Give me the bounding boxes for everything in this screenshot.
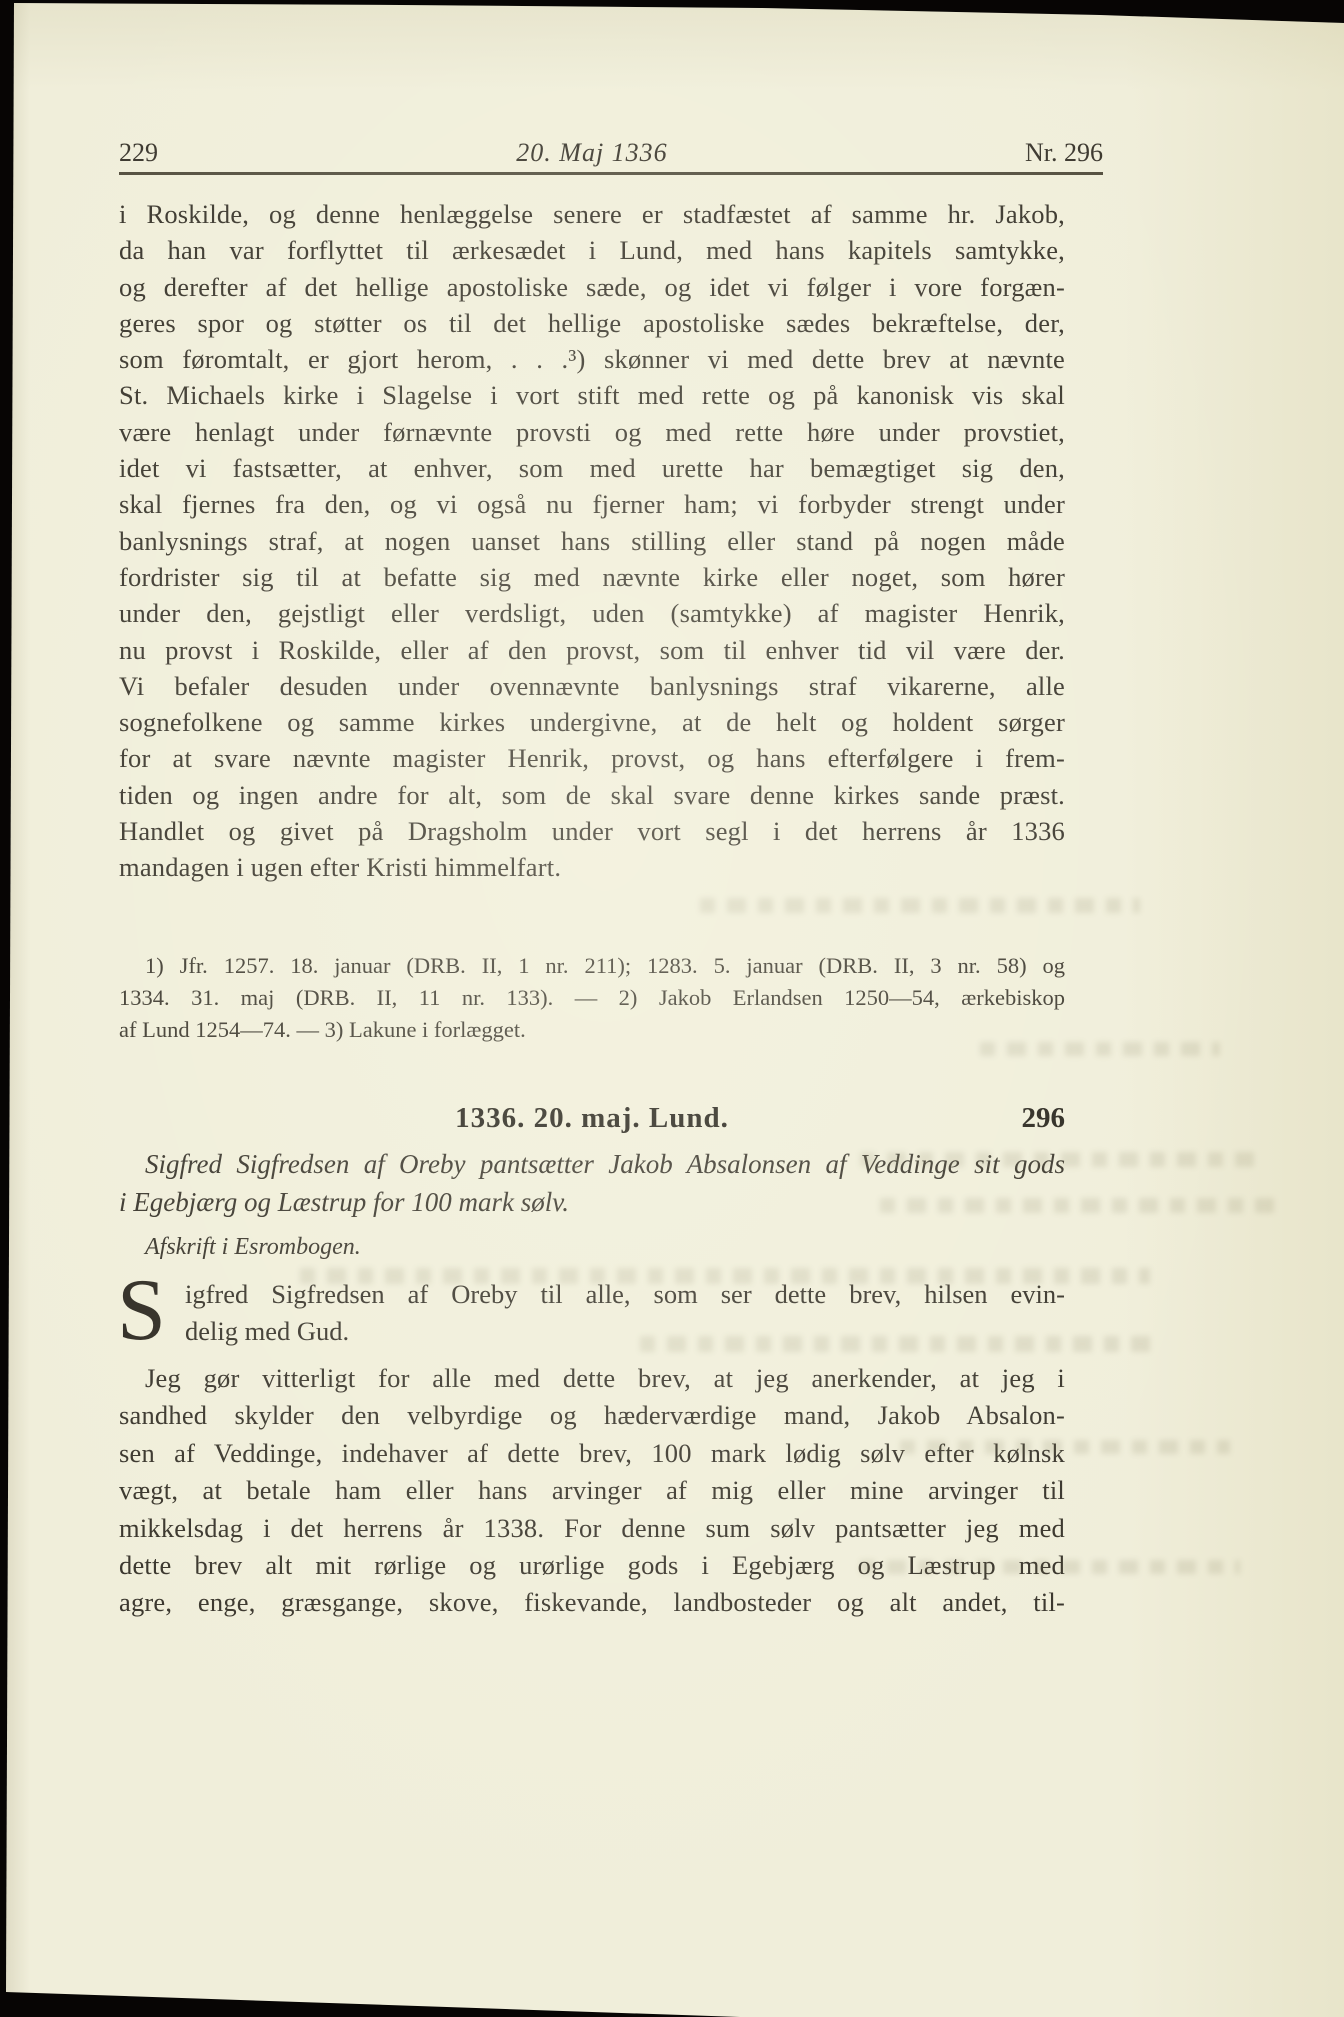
- text-line: sognefolkene og samme kirkes undergivne,…: [119, 704, 1065, 740]
- text-line: sandhed skylder den velbyrdige og hæderv…: [119, 1397, 1065, 1434]
- entry-296-source-note: Afskrift i Esrombogen.: [119, 1232, 1065, 1262]
- entry-296-opening: S igfred Sigfredsen af Oreby til alle, s…: [119, 1276, 1065, 1350]
- text-line: i Egebjærg og Læstrup for 100 mark sølv.: [119, 1184, 1065, 1222]
- text-line: Sigfred Sigfredsen af Oreby pantsætter J…: [119, 1146, 1065, 1184]
- text-line: Handlet og givet på Dragsholm under vort…: [119, 813, 1065, 849]
- text-line: idet vi fastsætter, at enhver, som med u…: [119, 450, 1065, 486]
- text-line: som føromtalt, er gjort herom, . . .³) s…: [119, 341, 1065, 377]
- entry-296-summary: Sigfred Sigfredsen af Oreby pantsætter J…: [119, 1146, 1065, 1221]
- text-line: Jeg gør vitterligt for alle med dette br…: [119, 1360, 1065, 1397]
- text-line: vægt, at betale ham eller hans arvinger …: [119, 1472, 1065, 1509]
- dropcap-letter: S: [117, 1272, 166, 1350]
- entry-reference: Nr. 296: [1025, 136, 1103, 170]
- text-line: da han var forflyttet til ærkesædet i Lu…: [119, 232, 1065, 268]
- text-line: tiden og ingen andre for alt, som de ska…: [119, 777, 1065, 813]
- text-line: skal fjernes fra den, og vi også nu fjer…: [119, 486, 1065, 522]
- text-line: 1334. 31. maj (DRB. II, 11 nr. 133). — 2…: [119, 982, 1065, 1014]
- text-line: nu provst i Roskilde, eller af den provs…: [119, 632, 1065, 668]
- entry-296-opening-lines: igfred Sigfredsen af Oreby til alle, som…: [119, 1276, 1065, 1350]
- entry-295-footnotes: 1) Jfr. 1257. 18. januar (DRB. II, 1 nr.…: [119, 950, 1065, 1047]
- paper-sheet: 229 20. Maj 1336 Nr. 296 i Roskilde, og …: [0, 0, 1344, 2017]
- text-line: være henlagt under førnævnte provsti og …: [119, 414, 1065, 450]
- entry-296-title: 1336. 20. maj. Lund.: [119, 1098, 1065, 1138]
- scanned-book-page: 229 20. Maj 1336 Nr. 296 i Roskilde, og …: [0, 0, 1344, 2017]
- text-line: mikkelsdag i det herrens år 1338. For de…: [119, 1510, 1065, 1547]
- text-line: banlysnings straf, at nogen uanset hans …: [119, 523, 1065, 559]
- text-line: for at svare nævnte magister Henrik, pro…: [119, 740, 1065, 776]
- entry-296-body: Jeg gør vitterligt for alle med dette br…: [119, 1360, 1065, 1622]
- text-line: under den, gejstligt eller verdsligt, ud…: [119, 595, 1065, 631]
- text-line: i Roskilde, og denne henlæggelse senere …: [119, 196, 1065, 232]
- entry-295-body: i Roskilde, og denne henlæggelse senere …: [119, 196, 1065, 886]
- text-line: fordrister sig til at befatte sig med næ…: [119, 559, 1065, 595]
- text-line: sen af Veddinge, indehaver af dette brev…: [119, 1435, 1065, 1472]
- text-line: mandagen i ugen efter Kristi himmelfart.: [119, 849, 1065, 885]
- text-line: agre, enge, græsgange, skove, fiskevande…: [119, 1584, 1065, 1621]
- running-date: 20. Maj 1336: [119, 136, 1065, 170]
- bleedthrough-artifact: [700, 898, 1140, 913]
- text-line: igfred Sigfredsen af Oreby til alle, som…: [119, 1276, 1065, 1313]
- text-line: St. Michaels kirke i Slagelse i vort sti…: [119, 377, 1065, 413]
- text-line: Vi befaler desuden under ovennævnte banl…: [119, 668, 1065, 704]
- header-rule: [119, 172, 1103, 175]
- text-line: og derefter af det hellige apostoliske s…: [119, 269, 1065, 305]
- text-line: 1) Jfr. 1257. 18. januar (DRB. II, 1 nr.…: [119, 950, 1065, 982]
- text-line: geres spor og støtter os til det hellige…: [119, 305, 1065, 341]
- text-line: delig med Gud.: [119, 1313, 1065, 1350]
- entry-296-number: 296: [1022, 1098, 1066, 1138]
- text-line: af Lund 1254—74. — 3) Lakune i forlægget…: [119, 1014, 1065, 1046]
- text-line: dette brev alt mit rørlige og urørlige g…: [119, 1547, 1065, 1584]
- running-header: 229 20. Maj 1336 Nr. 296: [119, 136, 1065, 172]
